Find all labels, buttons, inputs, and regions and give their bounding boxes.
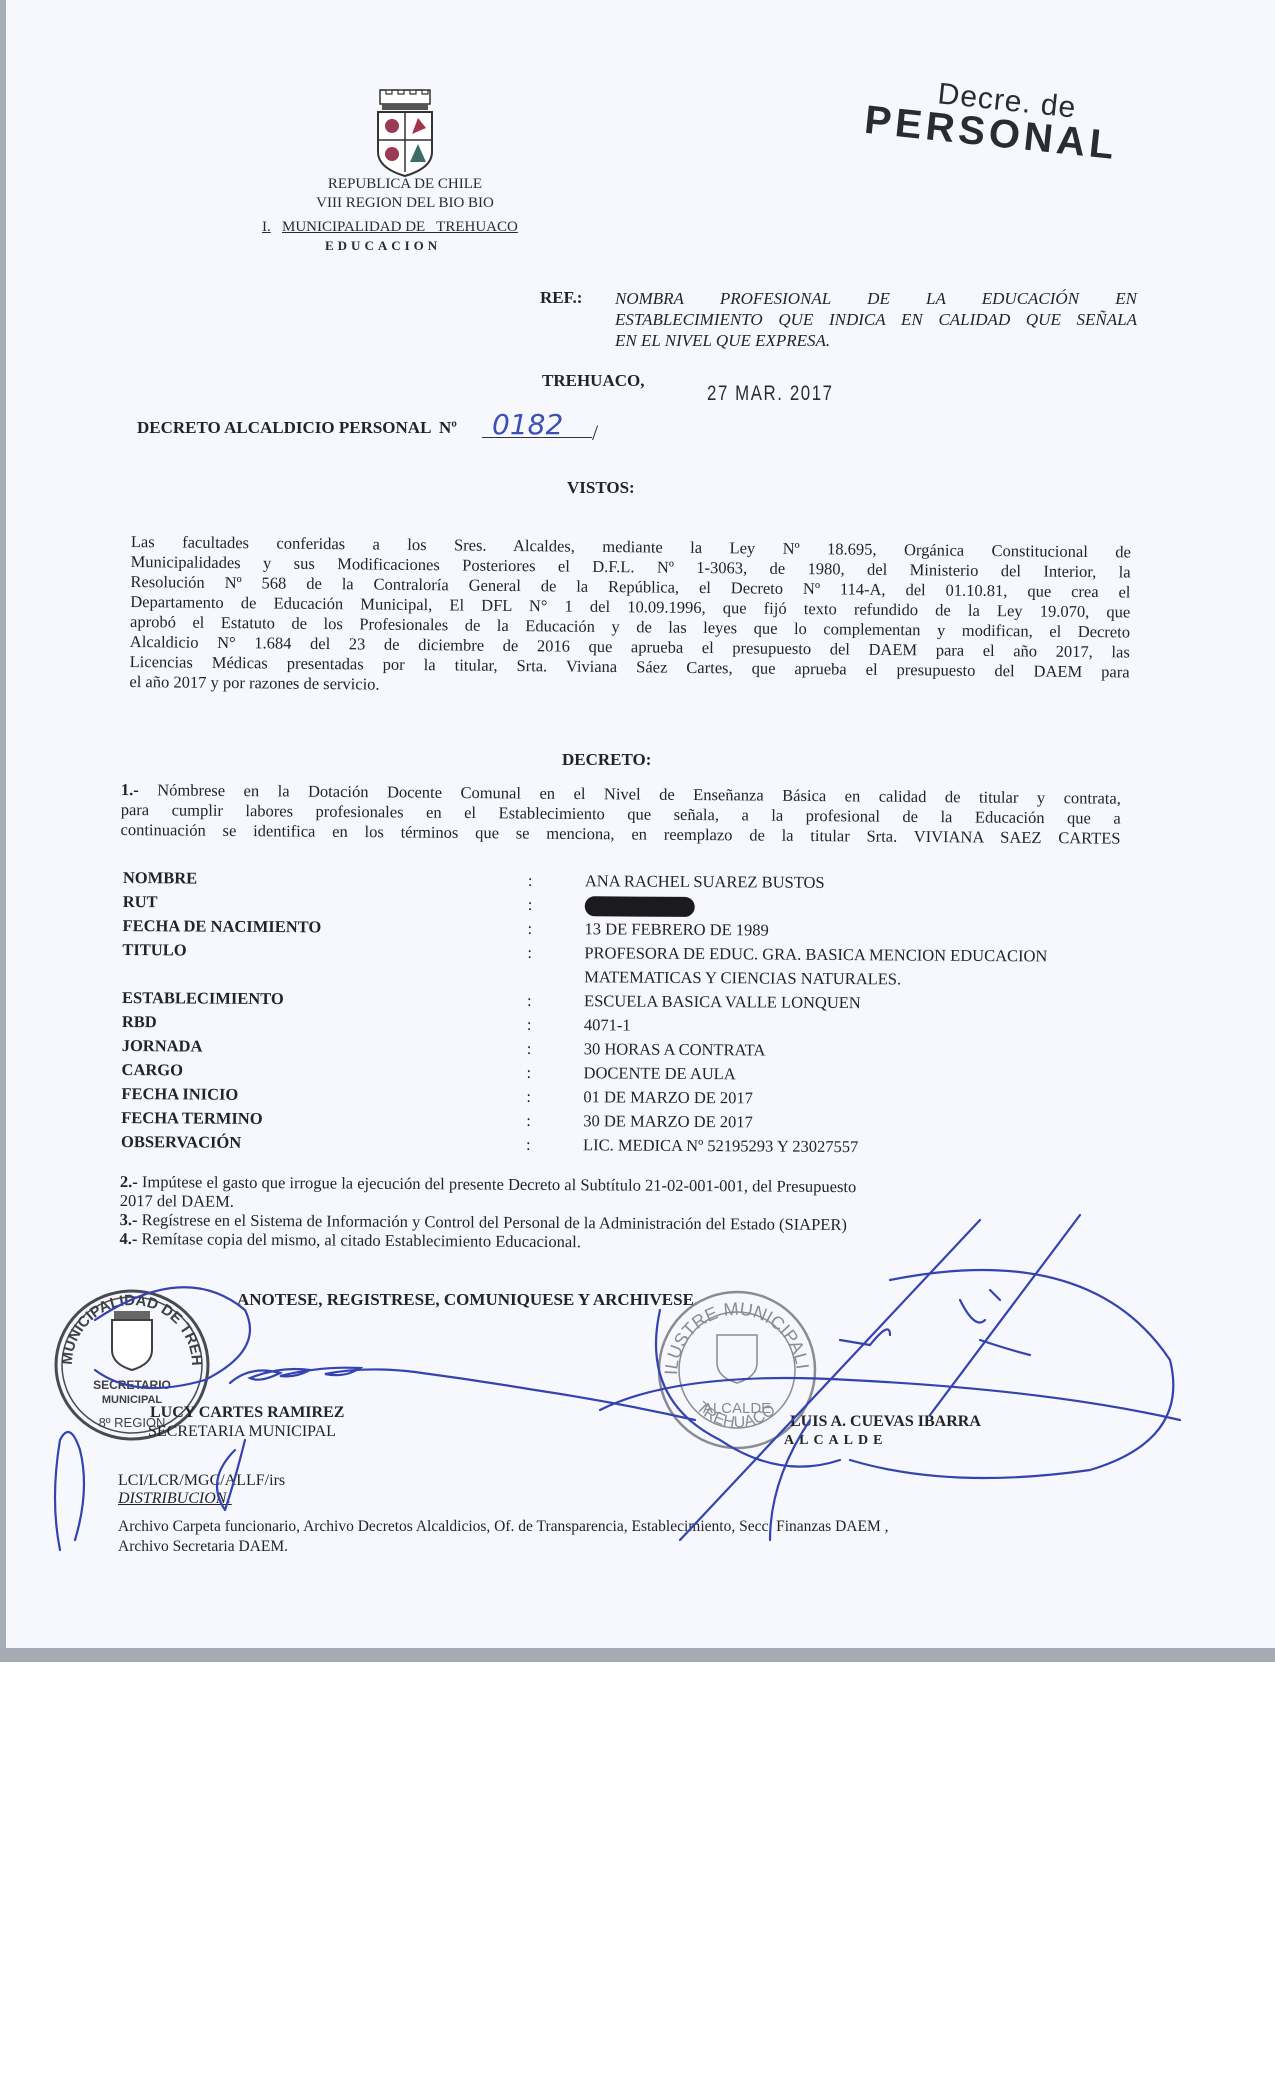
field-colon: :: [527, 917, 584, 941]
header-region: VIII REGION DEL BIO BIO: [255, 195, 555, 212]
item-number: 2.-: [120, 1172, 138, 1191]
svg-text:ILUSTRE MUNICIPALIDAD: ILUSTRE MUNICIPALIDAD: [655, 1285, 813, 1375]
distribution-label: DISTRIBUCION:: [118, 1490, 232, 1508]
decreto-item-1: 1.- Nómbrese en la Dotación Docente Comu…: [120, 780, 1120, 849]
closing-formula: ANOTESE, REGISTRESE, COMUNIQUESE Y ARCHI…: [237, 1290, 698, 1310]
mayor-title: ALCALDE: [784, 1433, 887, 1449]
item-text: Remítase copia del mismo, al citado Esta…: [141, 1229, 581, 1251]
ref-body: NOMBRA PROFESIONAL DE LA EDUCACIÓN EN ES…: [615, 288, 1137, 351]
field-value: LIC. MEDICA Nº 52195293 Y 23027557: [583, 1133, 1121, 1161]
field-label: FECHA TERMINO: [121, 1106, 526, 1133]
secretary-title: SECRETARIA MUNICIPAL: [148, 1423, 336, 1441]
vistos-title: VISTOS:: [567, 478, 635, 498]
decreto-items: 2.- Impútese el gasto que irrogue la eje…: [119, 1172, 1120, 1255]
distribution-line: Archivo Carpeta funcionario, Archivo Dec…: [118, 1517, 1118, 1537]
mayor-name: LUIS A. CUEVAS IBARRA: [790, 1413, 981, 1431]
appointee-fields: NOMBRE : ANA RACHEL SUAREZ BUSTOS RUT : …: [121, 866, 1123, 1161]
field-label: RBD: [122, 1010, 527, 1037]
field-colon: :: [528, 893, 585, 917]
field-label: TITULO: [122, 938, 527, 989]
place: TREHUACO,: [542, 371, 644, 391]
field-colon: :: [527, 989, 584, 1013]
field-label: JORNADA: [122, 1034, 527, 1061]
decree-number-handwritten: 0182: [492, 408, 563, 441]
decree-number-slash: /: [592, 420, 598, 446]
field-label: CARGO: [121, 1058, 526, 1085]
field-label: FECHA INICIO: [121, 1082, 526, 1109]
field-colon: :: [526, 1109, 583, 1133]
field-value: PROFESORA DE EDUC. GRA. BASICA MENCION E…: [584, 941, 1122, 993]
ref-line: ESTABLECIMIENTO QUE INDICA EN CALIDAD QU…: [615, 309, 1137, 330]
field-row-titulo: TITULO : PROFESORA DE EDUC. GRA. BASICA …: [122, 938, 1122, 993]
header-municipality-prefix: I.: [262, 219, 271, 235]
field-label: RUT: [123, 890, 528, 917]
field-label: NOMBRE: [123, 866, 528, 893]
header-department: EDUCACION: [325, 238, 441, 254]
scan-bottom-edge: [0, 1648, 1275, 1662]
field-colon: :: [526, 1085, 583, 1109]
distribution-list: Archivo Carpeta funcionario, Archivo Dec…: [118, 1517, 1118, 1557]
header-country: REPUBLICA DE CHILE: [255, 176, 555, 193]
vistos-body: Las facultades conferidas a los Sres. Al…: [129, 532, 1131, 702]
municipal-crest-icon: [372, 88, 438, 178]
ref-label: REF.:: [540, 288, 582, 308]
item-number: 4.-: [119, 1229, 137, 1248]
decree-number-label: DECRETO ALCALDICIO PERSONAL Nº: [137, 418, 457, 438]
field-label: ESTABLECIMIENTO: [122, 986, 527, 1013]
ref-line: NOMBRA PROFESIONAL DE LA EDUCACIÓN EN: [615, 288, 1137, 309]
header-municipality: I. MUNICIPALIDAD DE TREHUACO: [262, 219, 518, 236]
secretary-name: LUCY CARTES RAMIREZ: [150, 1404, 344, 1422]
field-colon: :: [528, 869, 585, 893]
item-number: 1.-: [121, 780, 139, 799]
date-stamp: 27 MAR. 2017: [707, 382, 834, 406]
ref-line: EN EL NIVEL QUE EXPRESA.: [615, 330, 1137, 351]
seal-ring-text: ILUSTRE MUNICIPALIDAD: [655, 1285, 813, 1375]
redaction-mark: [585, 896, 695, 917]
seal-center-text-1: SECRETARIO: [93, 1378, 171, 1392]
field-colon: :: [526, 1133, 583, 1157]
decreto-title: DECRETO:: [562, 750, 651, 770]
field-colon: :: [527, 1013, 584, 1037]
field-colon: :: [526, 1061, 583, 1085]
item-number: 3.-: [120, 1210, 138, 1229]
field-colon: :: [527, 1037, 584, 1061]
field-label: OBSERVACIÓN: [121, 1130, 526, 1157]
author-initials: LCI/LCR/MGC/ALLF/irs: [118, 1472, 285, 1490]
field-label: FECHA DE NACIMIENTO: [122, 914, 527, 941]
header-municipality-name: MUNICIPALIDAD DE TREHUACO: [282, 219, 518, 235]
field-colon: :: [527, 941, 584, 989]
distribution-line: Archivo Secretaria DAEM.: [118, 1537, 1118, 1557]
